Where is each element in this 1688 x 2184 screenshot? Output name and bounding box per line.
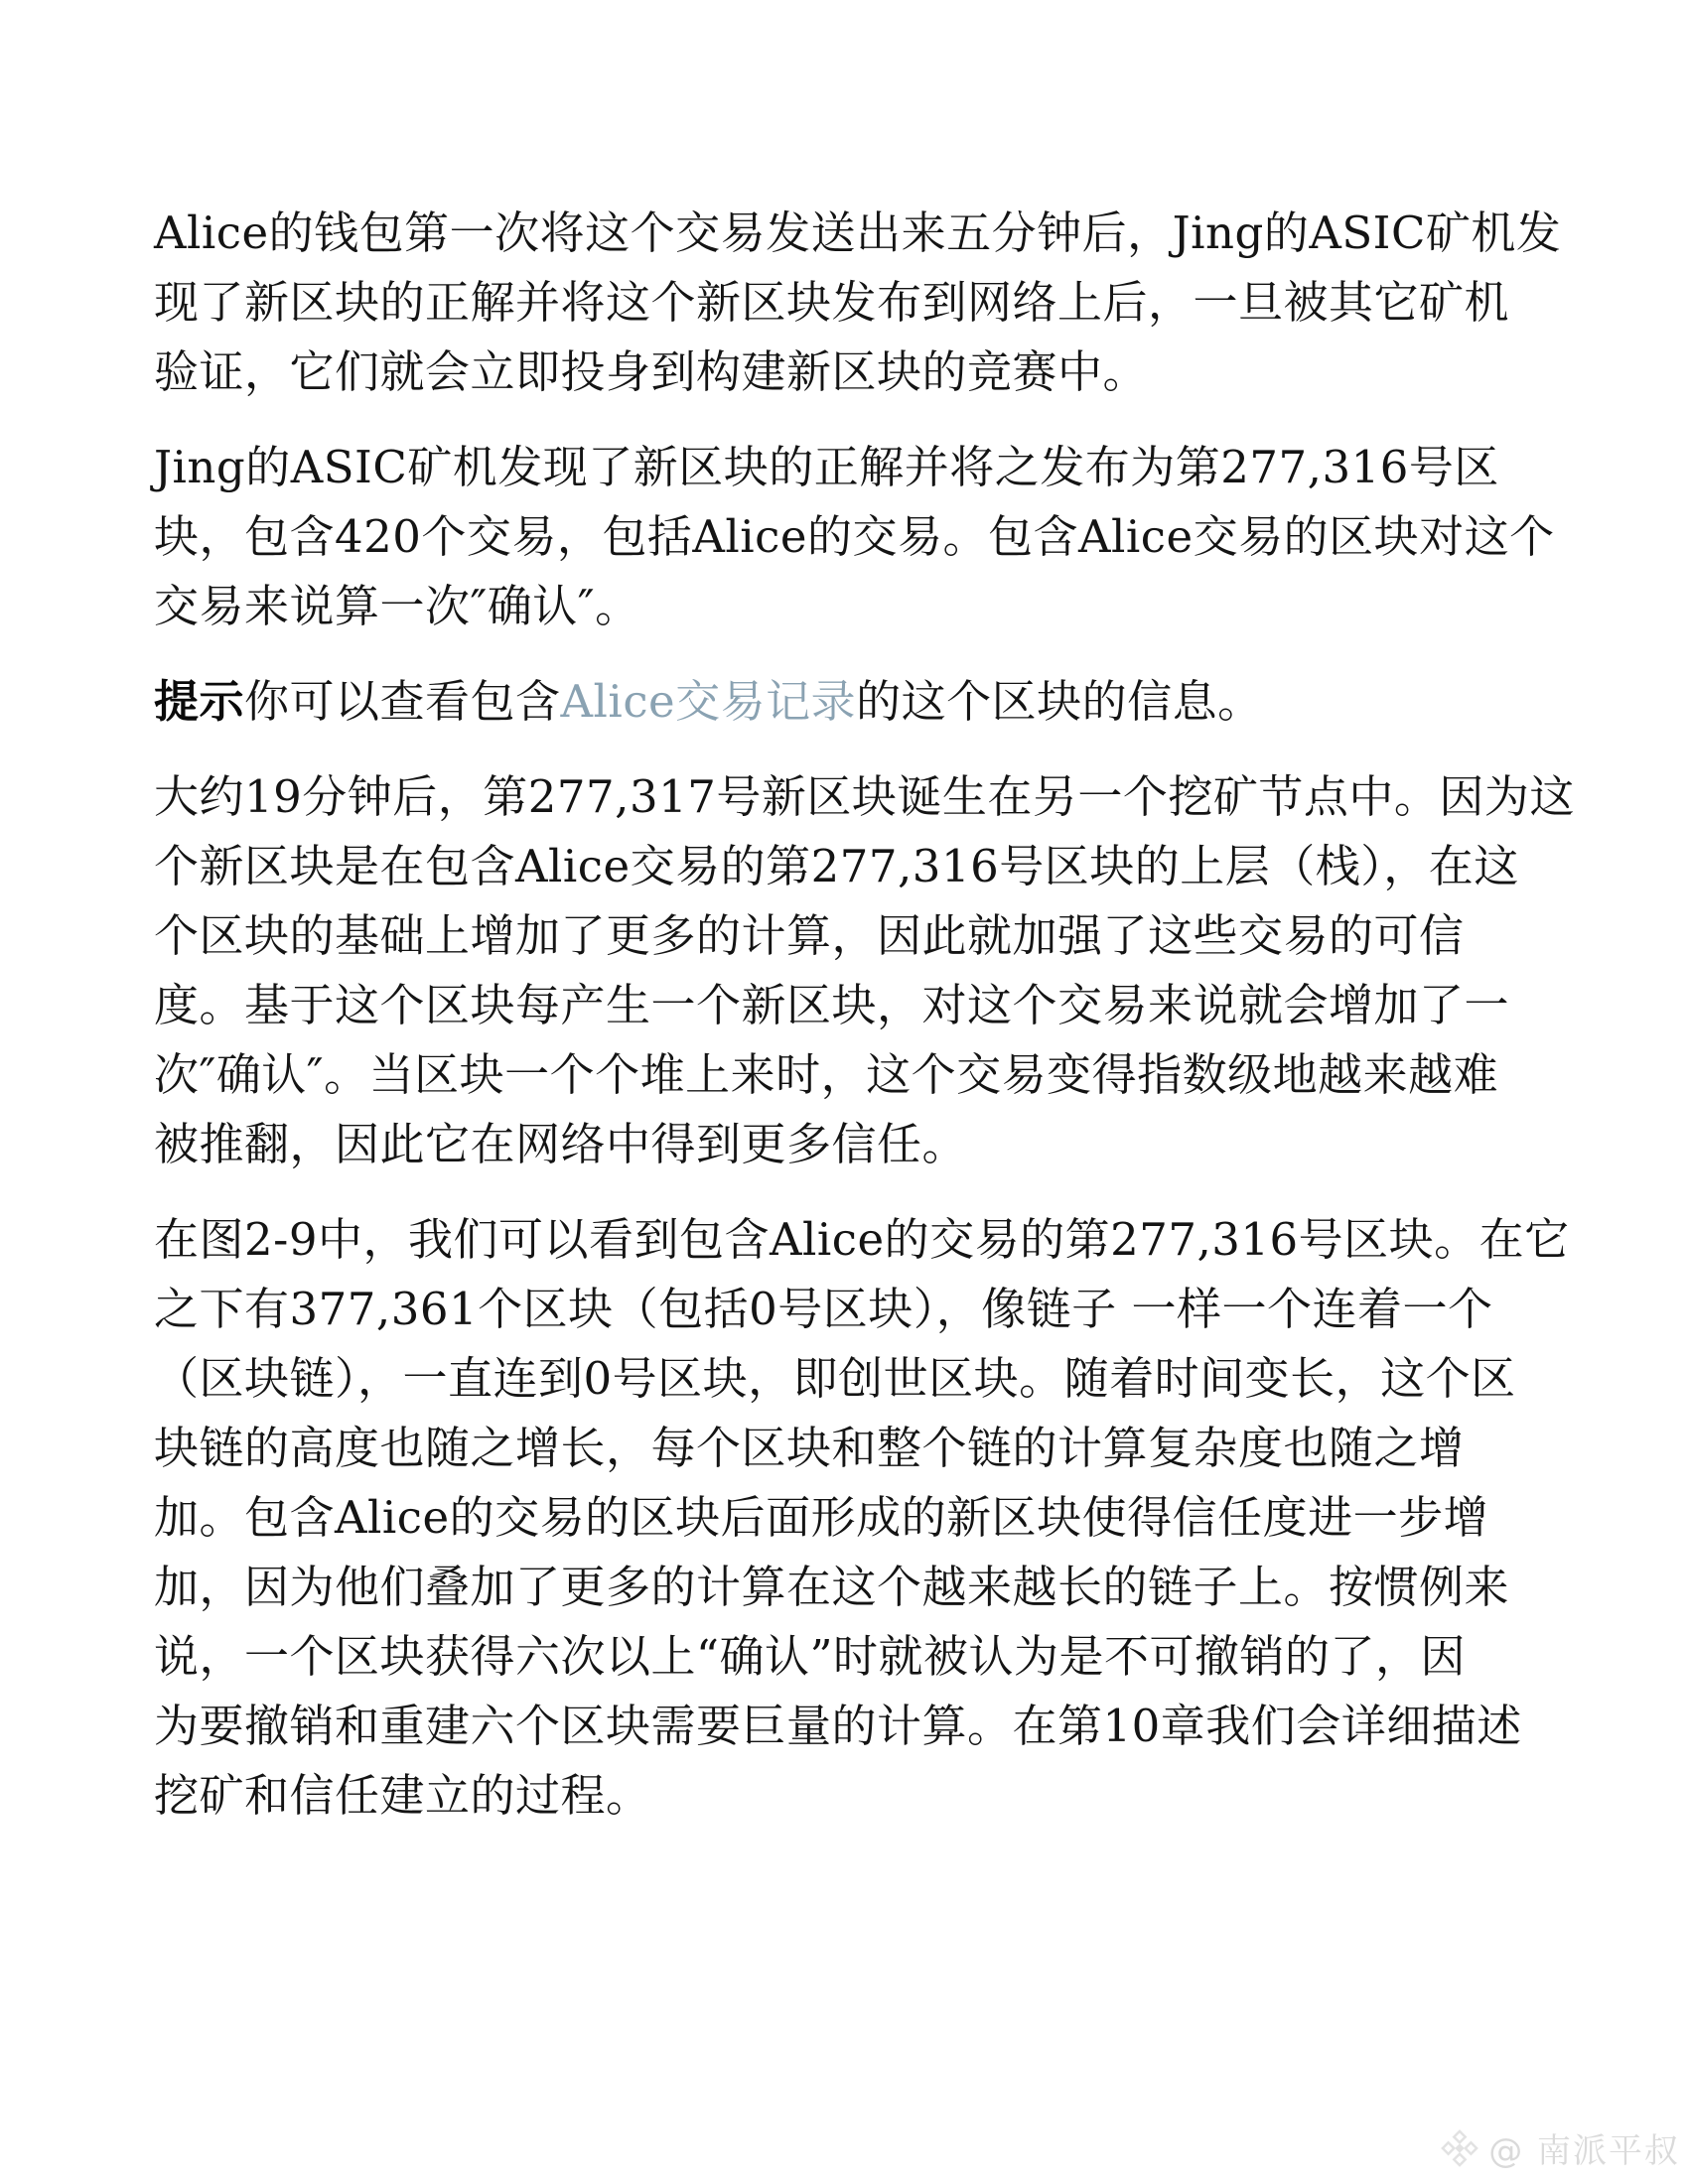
watermark: @ 南派平叔 bbox=[1441, 2123, 1680, 2172]
text-line: Jing的ASIC矿机发现了新区块的正解并将之发布为第277,316号区 bbox=[154, 433, 1544, 502]
text-line: 块链的高度也随之增长，每个区块和整个链的计算复杂度也随之增 bbox=[154, 1414, 1544, 1483]
text-line: Alice的钱包第一次将这个交易发送出来五分钟后，Jing的ASIC矿机发 bbox=[154, 199, 1544, 268]
text-line: 大约19分钟后，第277,317号新区块诞生在另一个挖矿节点中。因为这 bbox=[154, 762, 1544, 832]
tip-label: 提示 bbox=[154, 675, 244, 728]
text-line: 说，一个区块获得六次以上“确认”时就被认为是不可撤销的了，因 bbox=[154, 1622, 1544, 1692]
text-line: 块，包含420个交易，包括Alice的交易。包含Alice交易的区块对这个 bbox=[154, 502, 1544, 572]
text-line: 个新区块是在包含Alice交易的第277,316号区块的上层（栈），在这 bbox=[154, 832, 1544, 901]
text-line: 为要撤销和重建六个区块需要巨量的计算。在第10章我们会详细描述 bbox=[154, 1692, 1544, 1761]
watermark-text: @ 南派平叔 bbox=[1488, 2123, 1680, 2172]
diamond-logo-icon bbox=[1441, 2129, 1478, 2167]
text-line: 度。基于这个区块每产生一个新区块，对这个交易来说就会增加了一 bbox=[154, 971, 1544, 1040]
page-content: Alice的钱包第一次将这个交易发送出来五分钟后，Jing的ASIC矿机发现了新… bbox=[154, 199, 1544, 1856]
text-segment: 的这个区块的信息。 bbox=[856, 675, 1263, 728]
text-line: （区块链），一直连到0号区块，即创世区块。随着时间变长，这个区 bbox=[154, 1344, 1544, 1414]
text-line: 加，因为他们叠加了更多的计算在这个越来越长的链子上。按惯例来 bbox=[154, 1553, 1544, 1622]
text-line: 在图2-9中，我们可以看到包含Alice的交易的第277,316号区块。在它 bbox=[154, 1205, 1544, 1275]
text-line: 交易来说算一次″确认″。 bbox=[154, 572, 1544, 641]
text-line: 提示你可以查看包含Alice交易记录的这个区块的信息。 bbox=[154, 667, 1544, 737]
text-line: 加。包含Alice的交易的区块后面形成的新区块使得信任度进一步增 bbox=[154, 1483, 1544, 1553]
paragraph: 在图2-9中，我们可以看到包含Alice的交易的第277,316号区块。在它之下… bbox=[154, 1205, 1544, 1831]
text-line: 验证，它们就会立即投身到构建新区块的竞赛中。 bbox=[154, 338, 1544, 407]
paragraph: Alice的钱包第一次将这个交易发送出来五分钟后，Jing的ASIC矿机发现了新… bbox=[154, 199, 1544, 407]
text-line: 被推翻，因此它在网络中得到更多信任。 bbox=[154, 1110, 1544, 1179]
paragraph: Jing的ASIC矿机发现了新区块的正解并将之发布为第277,316号区块，包含… bbox=[154, 433, 1544, 641]
text-line: 次″确认″。当区块一个个堆上来时，这个交易变得指数级地越来越难 bbox=[154, 1040, 1544, 1110]
text-line: 之下有377,361个区块（包括0号区块），像链子 一样一个连着一个 bbox=[154, 1275, 1544, 1344]
text-line: 个区块的基础上增加了更多的计算，因此就加强了这些交易的可信 bbox=[154, 901, 1544, 971]
paragraph: 提示你可以查看包含Alice交易记录的这个区块的信息。 bbox=[154, 667, 1544, 737]
text-line: 现了新区块的正解并将这个新区块发布到网络上后，一旦被其它矿机 bbox=[154, 268, 1544, 338]
document-page: { "page": { "background": "#ffffff", "te… bbox=[0, 0, 1688, 2184]
alice-transaction-link[interactable]: Alice交易记录 bbox=[561, 675, 857, 728]
paragraph: 大约19分钟后，第277,317号新区块诞生在另一个挖矿节点中。因为这个新区块是… bbox=[154, 762, 1544, 1179]
text-segment: 你可以查看包含 bbox=[244, 675, 561, 728]
text-line: 挖矿和信任建立的过程。 bbox=[154, 1761, 1544, 1831]
